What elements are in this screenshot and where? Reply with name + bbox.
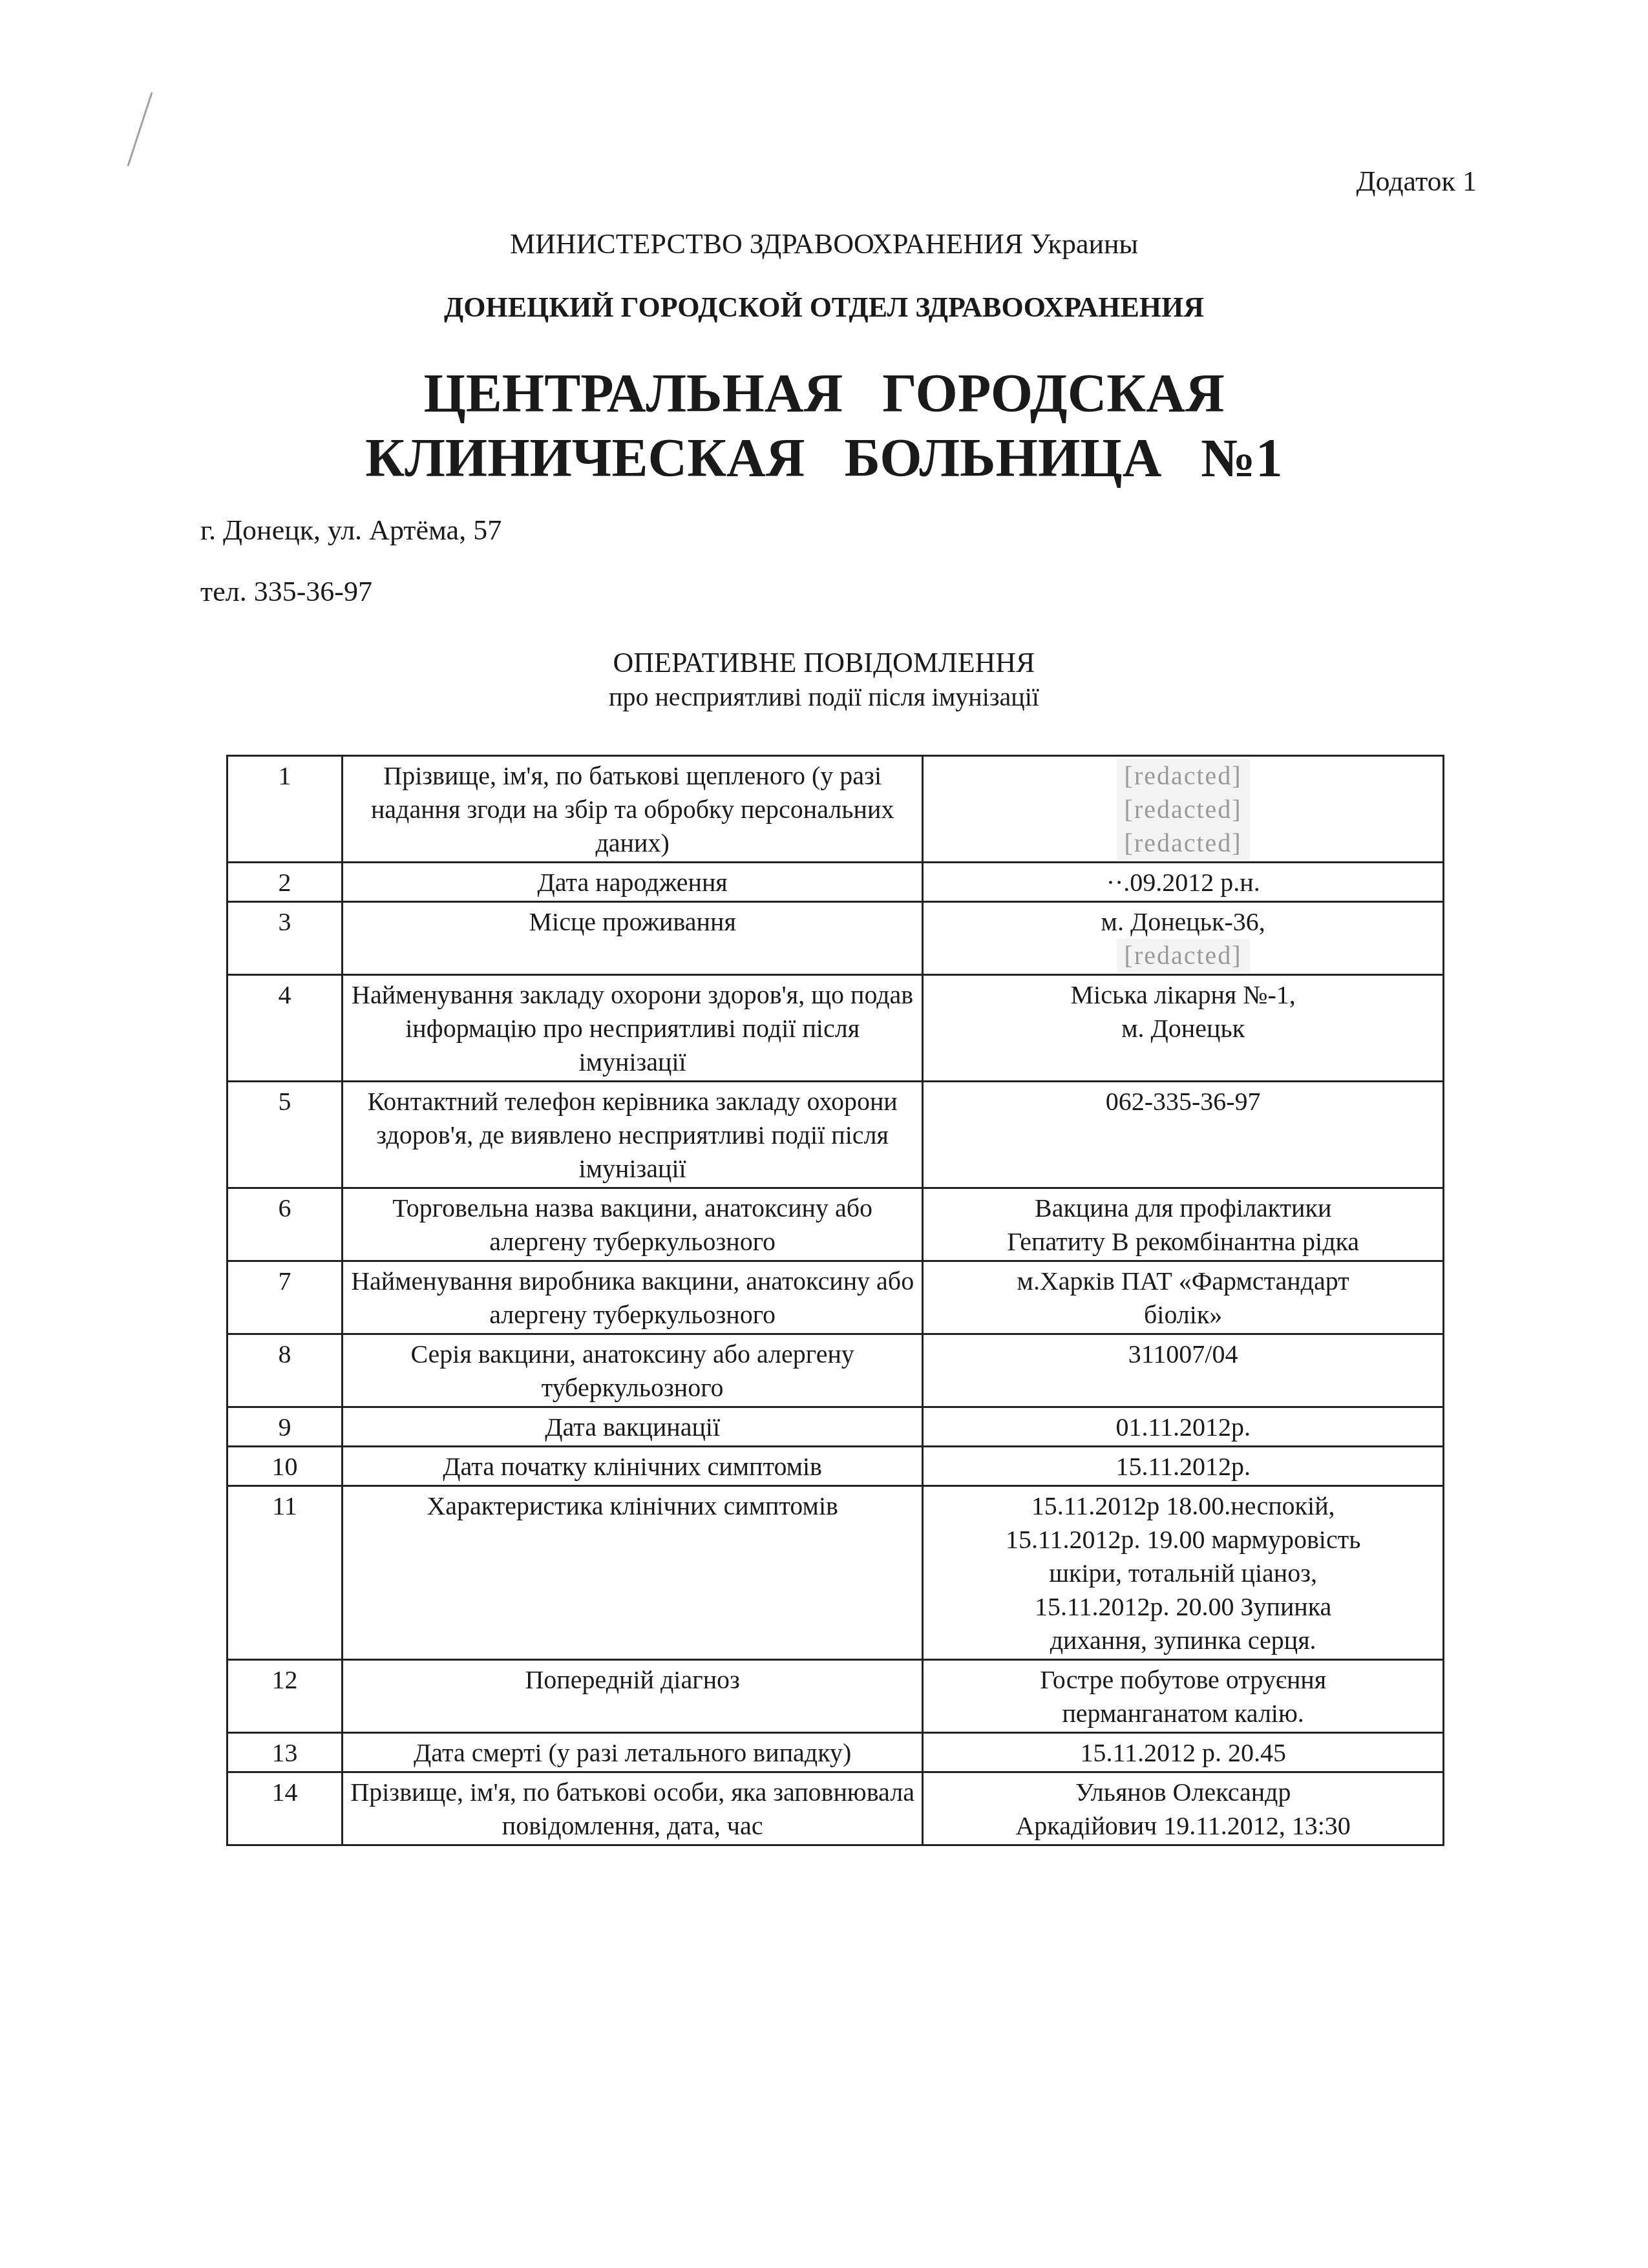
field-label: Прізвище, ім'я, по батькові особи, яка з…: [343, 1772, 923, 1845]
table-row: 8Серія вакцини, анатоксину або алергену …: [227, 1334, 1444, 1407]
value-line: м.Харків ПАТ «Фармстандарт: [930, 1265, 1436, 1298]
report-table-body: 1Прізвище, ім'я, по батькові щепленого (…: [227, 756, 1444, 1845]
field-label: Характеристика клінічних симптомів: [343, 1486, 923, 1660]
value-line: 15.11.2012р. 19.00 мармуровість: [930, 1523, 1436, 1557]
row-number: 10: [227, 1447, 343, 1486]
value-line: Аркадійович 19.11.2012, 13:30: [930, 1809, 1436, 1843]
department-name: ДОНЕЦКИЙ ГОРОДСКОЙ ОТДЕЛ ЗДРАВООХРАНЕНИЯ: [0, 291, 1648, 324]
row-number: 6: [227, 1188, 343, 1261]
field-value: 15.11.2012р.: [923, 1447, 1444, 1486]
field-value: 062-335-36-97: [923, 1082, 1444, 1188]
redacted-value: [redacted]: [930, 759, 1436, 793]
field-value: Гостре побутове отруєнняперманганатом ка…: [923, 1660, 1444, 1733]
value-line: біолік»: [930, 1298, 1436, 1332]
table-row: 12Попередній діагнозГостре побутове отру…: [227, 1660, 1444, 1733]
scan-artifact: [127, 92, 153, 166]
field-value: 15.11.2012р 18.00.неспокій,15.11.2012р. …: [923, 1486, 1444, 1660]
table-row: 10Дата початку клінічних симптомів15.11.…: [227, 1447, 1444, 1486]
value-line: Вакцина для профілактики: [930, 1192, 1436, 1225]
value-line: 15.11.2012р. 20.00 Зупинка: [930, 1590, 1436, 1624]
row-number: 11: [227, 1486, 343, 1660]
value-line: 15.11.2012 р. 20.45: [930, 1736, 1436, 1770]
field-value: м.Харків ПАТ «Фармстандартбіолік»: [923, 1261, 1444, 1334]
field-label: Контактний телефон керівника закладу охо…: [343, 1082, 923, 1188]
field-label: Найменування виробника вакцини, анатокси…: [343, 1261, 923, 1334]
field-value: 311007/04: [923, 1334, 1444, 1407]
redacted-value: [redacted]: [930, 793, 1436, 826]
row-number: 4: [227, 975, 343, 1082]
value-line: 15.11.2012р 18.00.неспокій,: [930, 1489, 1436, 1523]
field-value: 15.11.2012 р. 20.45: [923, 1733, 1444, 1772]
appendix-label: Додаток 1: [1356, 165, 1477, 198]
row-number: 1: [227, 756, 343, 863]
table-row: 14Прізвище, ім'я, по батькові особи, яка…: [227, 1772, 1444, 1845]
field-value: 01.11.2012р.: [923, 1407, 1444, 1447]
field-label: Дата смерті (у разі летального випадку): [343, 1733, 923, 1772]
value-line: ··.09.2012 р.н.: [930, 866, 1436, 899]
field-label: Дата вакцинації: [343, 1407, 923, 1447]
table-row: 4Найменування закладу охорони здоров'я, …: [227, 975, 1444, 1082]
field-label: Дата народження: [343, 863, 923, 902]
value-line: Гепатиту В рекомбінантна рідка: [930, 1225, 1436, 1259]
field-value: [redacted][redacted][redacted]: [923, 756, 1444, 863]
row-number: 5: [227, 1082, 343, 1188]
field-label: Серія вакцини, анатоксину або алергену т…: [343, 1334, 923, 1407]
value-line: м. Донецьк: [930, 1012, 1436, 1045]
value-line: 01.11.2012р.: [930, 1411, 1436, 1444]
table-row: 5Контактний телефон керівника закладу ох…: [227, 1082, 1444, 1188]
table-row: 13Дата смерті (у разі летального випадку…: [227, 1733, 1444, 1772]
value-line: шкіри, тотальній ціаноз,: [930, 1557, 1436, 1590]
row-number: 7: [227, 1261, 343, 1334]
hospital-address: г. Донецк, ул. Артёма, 57: [200, 514, 502, 547]
field-label: Найменування закладу охорони здоров'я, щ…: [343, 975, 923, 1082]
field-value: Ульянов ОлександрАркадійович 19.11.2012,…: [923, 1772, 1444, 1845]
table-row: 2Дата народження··.09.2012 р.н.: [227, 863, 1444, 902]
hospital-name-line2: КЛИНИЧЕСКАЯ БОЛЬНИЦА №1: [0, 426, 1648, 491]
field-label: Торговельна назва вакцини, анатоксину аб…: [343, 1188, 923, 1261]
row-number: 13: [227, 1733, 343, 1772]
redaction-mark: [redacted]: [1117, 793, 1250, 826]
row-number: 8: [227, 1334, 343, 1407]
field-label: Дата початку клінічних симптомів: [343, 1447, 923, 1486]
field-value: м. Донецьк-36,[redacted]: [923, 902, 1444, 975]
table-row: 9Дата вакцинації01.11.2012р.: [227, 1407, 1444, 1447]
value-line: 062-335-36-97: [930, 1085, 1436, 1118]
value-line: 15.11.2012р.: [930, 1450, 1436, 1484]
row-number: 3: [227, 902, 343, 975]
table-row: 3Місце проживанням. Донецьк-36,[redacted…: [227, 902, 1444, 975]
value-line: м. Донецьк-36,: [930, 905, 1436, 939]
report-table: 1Прізвище, ім'я, по батькові щепленого (…: [226, 755, 1444, 1846]
row-number: 14: [227, 1772, 343, 1845]
redaction-mark: [redacted]: [1117, 826, 1250, 860]
table-row: 7Найменування виробника вакцини, анатокс…: [227, 1261, 1444, 1334]
table-row: 1Прізвище, ім'я, по батькові щепленого (…: [227, 756, 1444, 863]
table-row: 11Характеристика клінічних симптомів15.1…: [227, 1486, 1444, 1660]
table-row: 6Торговельна назва вакцини, анатоксину а…: [227, 1188, 1444, 1261]
redacted-value: [redacted]: [930, 826, 1436, 860]
hospital-phone: тел. 335-36-97: [200, 575, 372, 608]
value-line: Міська лікарня №-1,: [930, 978, 1436, 1012]
value-line: перманганатом калію.: [930, 1697, 1436, 1730]
value-line: дихання, зупинка серця.: [930, 1624, 1436, 1657]
redaction-mark: [redacted]: [1117, 759, 1250, 793]
field-label: Місце проживання: [343, 902, 923, 975]
value-line: Гостре побутове отруєння: [930, 1663, 1436, 1697]
field-value: ··.09.2012 р.н.: [923, 863, 1444, 902]
ministry-name: МИНИСТЕРСТВО ЗДРАВООХРАНЕНИЯ Украины: [0, 227, 1648, 260]
row-number: 2: [227, 863, 343, 902]
row-number: 9: [227, 1407, 343, 1447]
field-label: Попередній діагноз: [343, 1660, 923, 1733]
field-label: Прізвище, ім'я, по батькові щепленого (у…: [343, 756, 923, 863]
field-value: Міська лікарня №-1,м. Донецьк: [923, 975, 1444, 1082]
hospital-name-line1: ЦЕНТРАЛЬНАЯ ГОРОДСКАЯ: [0, 362, 1648, 426]
redacted-value: [redacted]: [930, 939, 1436, 972]
value-line: 311007/04: [930, 1338, 1436, 1371]
report-subtitle: про несприятливі події після імунізації: [0, 682, 1648, 712]
row-number: 12: [227, 1660, 343, 1733]
value-line: Ульянов Олександр: [930, 1776, 1436, 1809]
report-title: ОПЕРАТИВНЕ ПОВІДОМЛЕННЯ: [0, 646, 1648, 679]
hospital-name: ЦЕНТРАЛЬНАЯ ГОРОДСКАЯ КЛИНИЧЕСКАЯ БОЛЬНИ…: [0, 362, 1648, 491]
field-value: Вакцина для профілактикиГепатиту В реком…: [923, 1188, 1444, 1261]
redaction-mark: [redacted]: [1117, 939, 1250, 972]
